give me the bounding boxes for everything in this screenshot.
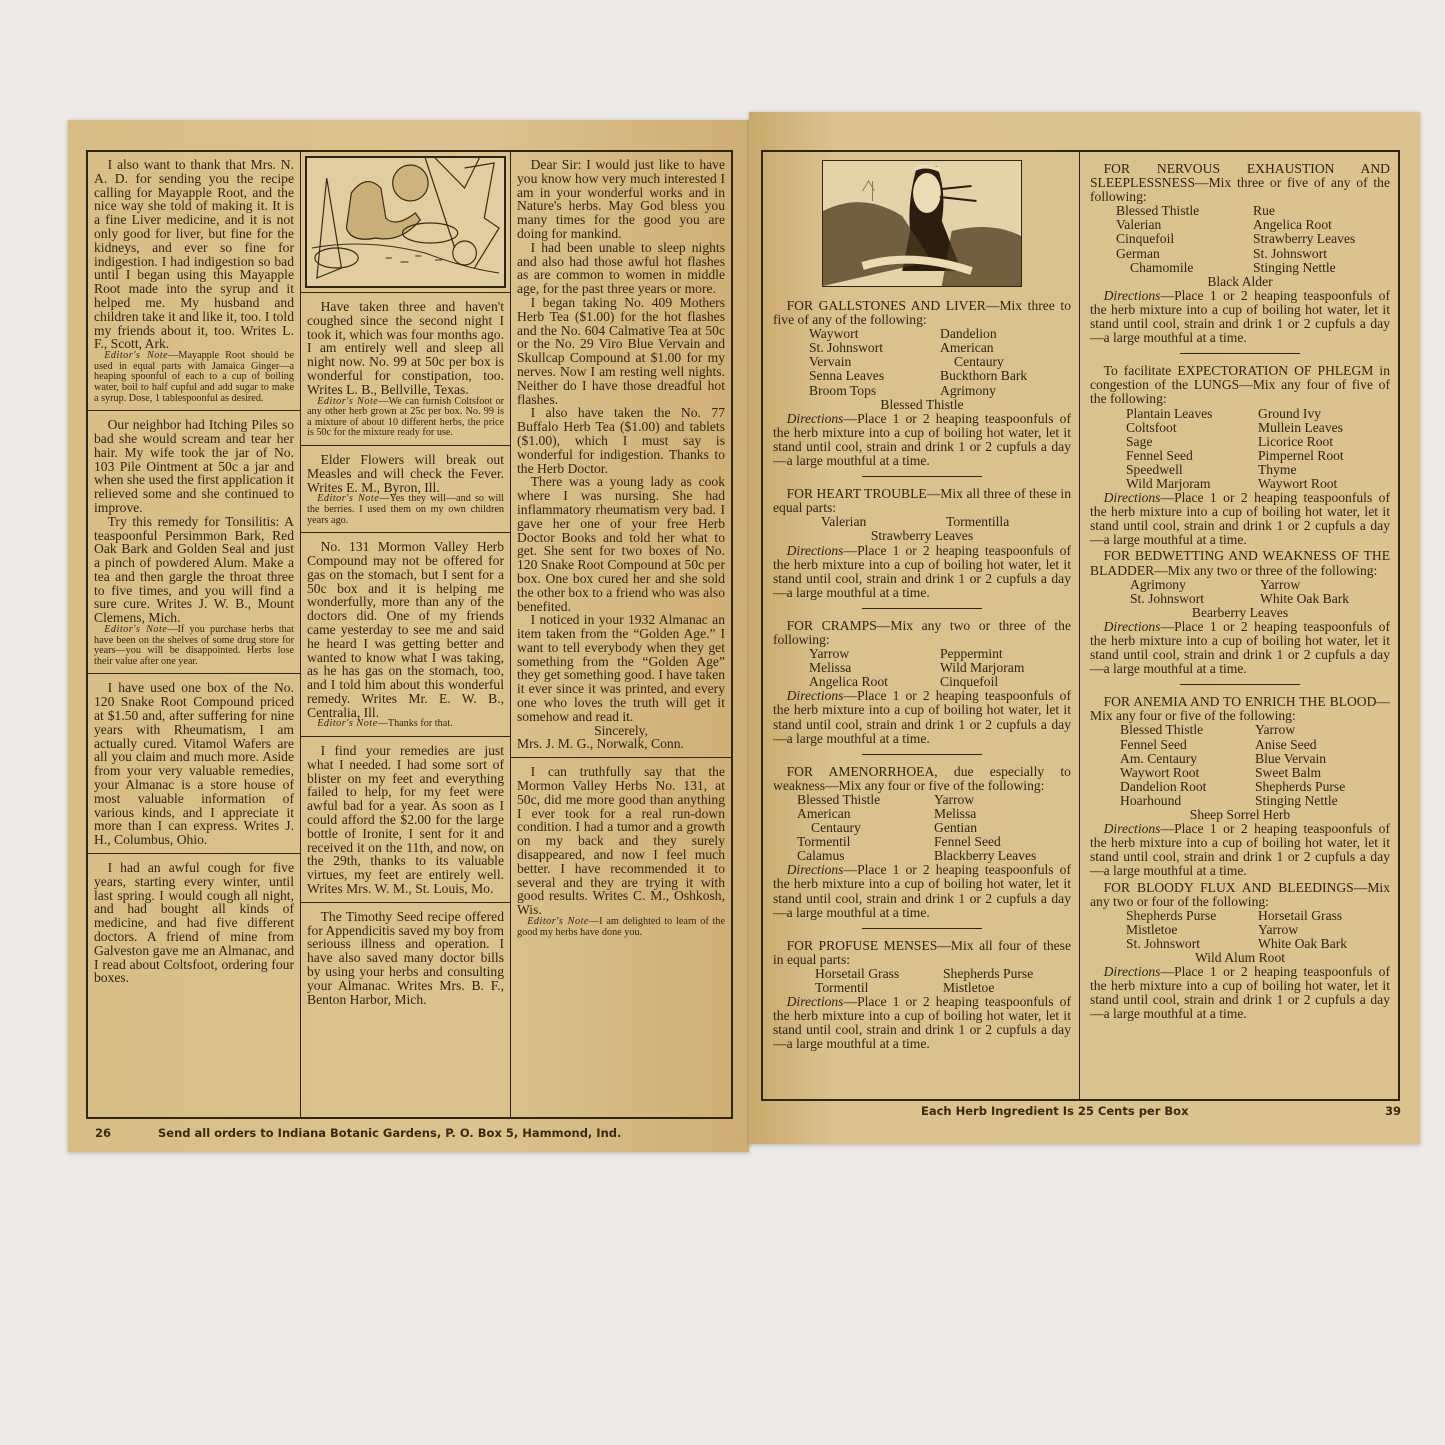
letter-text: Our neighbor had Itching Piles so bad sh…: [94, 418, 294, 515]
herb: Fennel Seed: [934, 835, 1071, 849]
editors-note: Editor's Note—Thanks for that.: [307, 719, 504, 730]
letter-paragraph: I began taking No. 409 Mothers Herb Tea …: [517, 296, 725, 406]
herb: Agrimony: [1130, 578, 1260, 592]
letters-column-1: I also want to thank that Mrs. N. A. D. …: [88, 152, 300, 1117]
editors-note: Editor's Note—Yes they will—and so will …: [307, 494, 504, 526]
herb-list: Blessed ThistleYarrow Fennel SeedAnise S…: [1090, 723, 1390, 808]
herb: Angelica Root: [1253, 218, 1390, 232]
recipe-bloody-flux: FOR BLOODY FLUX AND BLEEDINGS—Mix any tw…: [1090, 881, 1390, 1022]
letter-text: I had an awful cough for five years, sta…: [94, 861, 294, 985]
herb: Mullein Leaves: [1258, 421, 1390, 435]
herb-list: YarrowPeppermint MelissaWild Marjoram An…: [773, 647, 1071, 689]
herb: Agrimony: [940, 384, 1071, 398]
letters-column-2: Have taken three and haven't coughed sin…: [301, 152, 510, 1117]
directions: Directions—Place 1 or 2 heaping teaspoon…: [773, 412, 1071, 468]
section-divider: [511, 757, 731, 758]
herb: Shepherds Purse: [1255, 780, 1390, 794]
recipe-profuse-menses: FOR PROFUSE MENSES—Mix all four of these…: [773, 939, 1071, 1052]
herb: Broom Tops: [809, 384, 940, 398]
herb: Sweet Balm: [1255, 766, 1390, 780]
page-number-left: 26: [95, 1126, 111, 1140]
herb: Pimpernel Root: [1258, 449, 1390, 463]
recipes-column-2: FOR NERVOUS EXHAUSTION AND SLEEPLESSNESS…: [1080, 152, 1398, 1099]
section-divider: [88, 410, 300, 411]
illustration-art: [823, 161, 1021, 286]
herb-list: AgrimonyYarrow St. JohnswortWhite Oak Ba…: [1090, 578, 1390, 606]
directions: Directions—Place 1 or 2 heaping teaspoon…: [1090, 620, 1390, 676]
herb: American: [797, 807, 934, 821]
right-page: FOR GALLSTONES AND LIVER—Mix three to fi…: [749, 112, 1420, 1144]
footer-price-note: Each Herb Ingredient Is 25 Cents per Box: [921, 1104, 1188, 1118]
directions: Directions—Place 1 or 2 heaping teaspoon…: [1090, 289, 1390, 345]
herb: German: [1116, 247, 1253, 261]
herb: Bearberry Leaves: [1090, 606, 1390, 620]
recipe-title: FOR PROFUSE MENSES: [787, 938, 938, 953]
native-herbalist-illustration: [305, 156, 506, 288]
herb: Blue Vervain: [1255, 752, 1390, 766]
directions: Directions—Place 1 or 2 heaping teaspoon…: [773, 544, 1071, 600]
herb: Sheep Sorrel Herb: [1090, 808, 1390, 822]
herb: St. Johnswort: [809, 341, 940, 355]
letter-text: I have used one box of the No. 120 Snake…: [94, 681, 294, 847]
herb: Anise Seed: [1255, 738, 1390, 752]
herb-list: Blessed ThistleRue ValerianAngelica Root…: [1090, 204, 1390, 274]
recipe-anemia-blood: FOR ANEMIA AND TO ENRICH THE BLOOD—Mix a…: [1090, 695, 1390, 878]
herb: Mistletoe: [943, 981, 1071, 995]
letter-paragraph: I also have taken the No. 77 Buffalo Her…: [517, 406, 725, 475]
letter-text: Have taken three and haven't coughed sin…: [307, 300, 504, 397]
herb: Stinging Nettle: [1253, 261, 1390, 275]
editors-note: Editor's Note—If you purchase herbs that…: [94, 625, 294, 667]
herb: Melissa: [934, 807, 1071, 821]
herb: Blessed Thistle: [1116, 204, 1253, 218]
directions: Directions—Place 1 or 2 heaping teaspoon…: [1090, 491, 1390, 547]
section-divider: [301, 736, 510, 737]
herb: Centaury: [940, 355, 1071, 369]
herb: Vervain: [809, 355, 940, 369]
letter-text: I find your remedies are just what I nee…: [307, 744, 504, 896]
recipe-title: FOR ANEMIA AND TO ENRICH THE BLOOD: [1104, 694, 1377, 709]
herb: Blackberry Leaves: [934, 849, 1071, 863]
herb: Strawberry Leaves: [1253, 232, 1390, 246]
left-page: I also want to thank that Mrs. N. A. D. …: [68, 120, 749, 1152]
herb: Blessed Thistle: [773, 398, 1071, 412]
recipe-nervous-exhaustion: FOR NERVOUS EXHAUSTION AND SLEEPLESSNESS…: [1090, 162, 1390, 345]
letter-signature: Mrs. J. M. G., Norwalk, Conn.: [517, 737, 725, 751]
illustration-art: [307, 158, 504, 286]
herb: Buckthorn Bark: [940, 369, 1071, 383]
herb: Wild Alum Root: [1090, 951, 1390, 965]
herb: Coltsfoot: [1126, 421, 1258, 435]
left-page-frame: I also want to thank that Mrs. N. A. D. …: [86, 150, 733, 1119]
herb: Peppermint: [940, 647, 1071, 661]
herb: Waywort: [809, 327, 940, 341]
directions: Directions—Place 1 or 2 heaping teaspoon…: [1090, 965, 1390, 1021]
herb: White Oak Bark: [1260, 592, 1390, 606]
letter-paragraph: Dear Sir: I would just like to have you …: [517, 158, 725, 241]
letter-paragraph: I had been unable to sleep nights and al…: [517, 241, 725, 296]
herb: St. Johnswort: [1126, 937, 1258, 951]
editors-note: Editor's Note—We can furnish Coltsfoot o…: [307, 397, 504, 439]
letter-text: Try this remedy for Tonsilitis: A teaspo…: [94, 515, 294, 625]
herb: Thyme: [1258, 463, 1390, 477]
herb: Senna Leaves: [809, 369, 940, 383]
herb: Wild Marjoram: [1126, 477, 1258, 491]
right-page-frame: FOR GALLSTONES AND LIVER—Mix three to fi…: [761, 150, 1400, 1101]
herb: Yarrow: [1258, 923, 1390, 937]
recipes-column-1: FOR GALLSTONES AND LIVER—Mix three to fi…: [763, 152, 1079, 1099]
herb: Licorice Root: [1258, 435, 1390, 449]
page-number-right: 39: [1385, 1104, 1401, 1118]
letter-paragraph: I noticed in your 1932 Almanac an item t…: [517, 613, 725, 723]
herb: Cinquefoil: [940, 675, 1071, 689]
editors-note: Editor's Note—Mayapple Root should be us…: [94, 351, 294, 404]
recipe-gallstones-liver: FOR GALLSTONES AND LIVER—Mix three to fi…: [773, 299, 1071, 468]
section-divider: [88, 853, 300, 854]
section-divider: [862, 476, 981, 477]
herb: Mistletoe: [1126, 923, 1258, 937]
herb-list: Horsetail GrassShepherds Purse Tormentil…: [773, 967, 1071, 995]
herb: Speedwell: [1126, 463, 1258, 477]
recipe-expectoration-phlegm: To facilitate EXPECTORATION OF PHLEGM in…: [1090, 364, 1390, 547]
herb: Gentian: [934, 821, 1071, 835]
section-divider: [862, 754, 981, 755]
herb: American: [940, 341, 1071, 355]
section-divider: [301, 902, 510, 903]
letter-paragraph: There was a young lady as cook where I w…: [517, 475, 725, 613]
herb-list: ValerianTormentilla: [773, 515, 1071, 529]
herb: Sage: [1126, 435, 1258, 449]
woman-with-herbs-illustration: [822, 160, 1022, 287]
recipe-bedwetting-bladder: FOR BEDWETTING AND WEAKNESS OF THE BLADD…: [1090, 549, 1390, 676]
herb: Am. Centaury: [1120, 752, 1255, 766]
herb: Blessed Thistle: [1120, 723, 1255, 737]
recipe-heart-trouble: FOR HEART TROUBLE—Mix all three of these…: [773, 487, 1071, 600]
letters-column-3: Dear Sir: I would just like to have you …: [511, 152, 731, 1117]
herb: Tormentilla: [946, 515, 1071, 529]
section-divider: [88, 673, 300, 674]
herb: Black Alder: [1090, 275, 1390, 289]
herb: Tormentil: [815, 981, 943, 995]
editors-note: Editor's Note—I am delighted to learn of…: [517, 917, 725, 938]
directions: Directions—Place 1 or 2 heaping teaspoon…: [773, 863, 1071, 919]
herb: Yarrow: [934, 793, 1071, 807]
herb: Stinging Nettle: [1255, 794, 1390, 808]
herb: Centaury: [797, 821, 934, 835]
letter-text: Elder Flowers will break out Measles and…: [307, 453, 504, 494]
herb: Shepherds Purse: [1126, 909, 1258, 923]
recipe-title: To facilitate EXPECTORATION OF PHLEGM: [1104, 363, 1374, 378]
section-divider: [1180, 353, 1300, 354]
section-divider: [301, 445, 510, 446]
herb-list: Plantain LeavesGround Ivy ColtsfootMulle…: [1090, 407, 1390, 492]
herb: Yarrow: [1260, 578, 1390, 592]
herb: Hoarhound: [1120, 794, 1255, 808]
herb: Valerian: [1116, 218, 1253, 232]
herb: Blessed Thistle: [797, 793, 934, 807]
letter-text: I also want to thank that Mrs. N. A. D. …: [94, 158, 294, 351]
recipe-title: FOR BLOODY FLUX AND BLEEDINGS: [1104, 880, 1354, 895]
herb: Plantain Leaves: [1126, 407, 1258, 421]
herb: Shepherds Purse: [943, 967, 1071, 981]
herb: Horsetail Grass: [1258, 909, 1390, 923]
herb: Valerian: [821, 515, 946, 529]
herb: Melissa: [809, 661, 940, 675]
herb: Cinquefoil: [1116, 232, 1253, 246]
herb: St. Johnswort: [1253, 247, 1390, 261]
herb: Angelica Root: [809, 675, 940, 689]
herb: Strawberry Leaves: [773, 529, 1071, 543]
herb: Dandelion: [940, 327, 1071, 341]
herb: Fennel Seed: [1120, 738, 1255, 752]
herb: Waywort Root: [1120, 766, 1255, 780]
directions: Directions—Place 1 or 2 heaping teaspoon…: [773, 689, 1071, 745]
directions: Directions—Place 1 or 2 heaping teaspoon…: [773, 995, 1071, 1051]
section-divider: [301, 532, 510, 533]
section-divider: [301, 292, 510, 293]
recipe-amenorrhoea: FOR AMENORRHOEA, due especially to weakn…: [773, 765, 1071, 920]
herb-list: WaywortDandelion St. JohnswortAmerican V…: [773, 327, 1071, 397]
herb: Waywort Root: [1258, 477, 1390, 491]
herb-list: Blessed ThistleYarrow AmericanMelissa Ce…: [773, 793, 1071, 863]
section-divider: [862, 928, 981, 929]
footer-order-address: Send all orders to Indiana Botanic Garde…: [158, 1126, 621, 1140]
recipe-title: FOR CRAMPS: [787, 618, 877, 633]
herb: Dandelion Root: [1120, 780, 1255, 794]
herb: St. Johnswort: [1130, 592, 1260, 606]
directions: Directions—Place 1 or 2 heaping teaspoon…: [1090, 822, 1390, 878]
section-divider: [1180, 684, 1300, 685]
herb: Tormentil: [797, 835, 934, 849]
herb: Wild Marjoram: [940, 661, 1071, 675]
section-divider: [862, 608, 981, 609]
recipe-title: FOR GALLSTONES AND LIVER: [787, 298, 986, 313]
letter-text: The Timothy Seed recipe offered for Appe…: [307, 910, 504, 1007]
letter-closing: Sincerely,: [517, 724, 725, 738]
herb: Chamomile: [1116, 261, 1253, 275]
herb: Ground Ivy: [1258, 407, 1390, 421]
herb-list: Shepherds PurseHorsetail Grass Mistletoe…: [1090, 909, 1390, 951]
herb: Calamus: [797, 849, 934, 863]
herb: Horsetail Grass: [815, 967, 943, 981]
recipe-title: FOR AMENORRHOEA,: [787, 764, 938, 779]
herb: Yarrow: [1255, 723, 1390, 737]
herb: Fennel Seed: [1126, 449, 1258, 463]
herb: White Oak Bark: [1258, 937, 1390, 951]
herb: Rue: [1253, 204, 1390, 218]
letter-text: No. 131 Mormon Valley Herb Compound may …: [307, 540, 504, 719]
recipe-cramps: FOR CRAMPS—Mix any two or three of the f…: [773, 619, 1071, 746]
letter-text: I can truthfully say that the Mormon Val…: [517, 765, 725, 917]
herb: Yarrow: [809, 647, 940, 661]
recipe-title: FOR HEART TROUBLE: [787, 486, 927, 501]
